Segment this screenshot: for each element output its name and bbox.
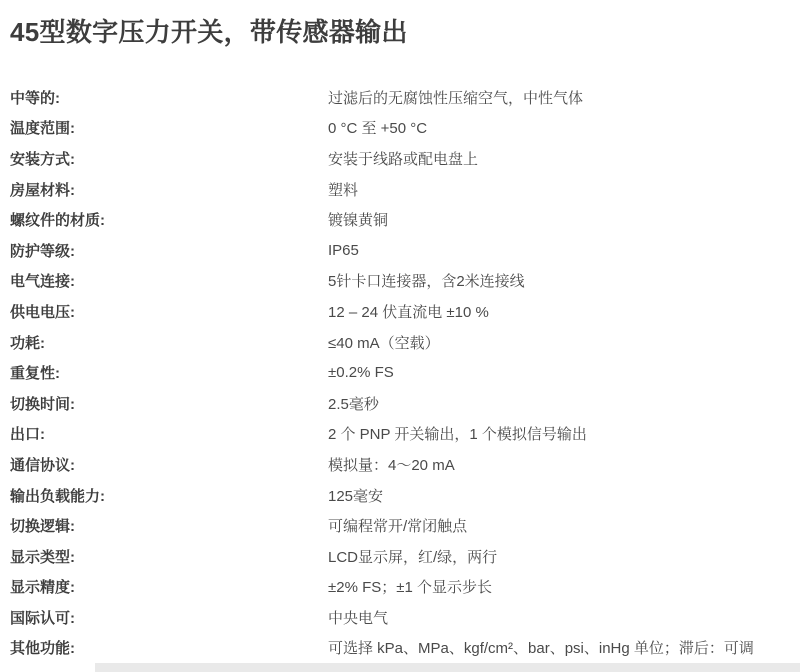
spec-label: 通信协议: bbox=[0, 454, 328, 475]
spec-value: 0 °C 至 +50 °C bbox=[328, 117, 427, 138]
spec-row-repeatability: 重复性: ±0.2% FS bbox=[0, 357, 800, 388]
spec-row-power-consumption: 功耗: ≤40 mA（空载） bbox=[0, 327, 800, 358]
spec-value: 2.5毫秒 bbox=[328, 393, 379, 414]
bottom-partial-band bbox=[95, 663, 800, 672]
spec-label: 其他功能: bbox=[0, 637, 328, 658]
spec-value: ≤40 mA（空载） bbox=[328, 332, 440, 353]
spec-label: 螺纹件的材质: bbox=[0, 209, 328, 230]
spec-value: ±2% FS；±1 个显示步长 bbox=[328, 576, 492, 597]
spec-label: 电气连接: bbox=[0, 270, 328, 291]
spec-value: 镀镍黄铜 bbox=[328, 209, 388, 230]
spec-row-output-load-capacity: 输出负载能力: 125毫安 bbox=[0, 480, 800, 511]
spec-value: 模拟量：4～20 mA bbox=[328, 454, 455, 475]
spec-row-temperature-range: 温度范围: 0 °C 至 +50 °C bbox=[0, 113, 800, 144]
spec-label: 温度范围: bbox=[0, 117, 328, 138]
spec-value: 5针卡口连接器，含2米连接线 bbox=[328, 270, 525, 291]
spec-label: 输出负载能力: bbox=[0, 485, 328, 506]
spec-row-switching-logic: 切换逻辑: 可编程常开/常闭触点 bbox=[0, 510, 800, 541]
spec-row-international-approvals: 国际认可: 中央电气 bbox=[0, 602, 800, 633]
spec-label: 显示类型: bbox=[0, 546, 328, 567]
spec-label: 中等的: bbox=[0, 87, 328, 108]
spec-table: 中等的: 过滤后的无腐蚀性压缩空气，中性气体 温度范围: 0 °C 至 +50 … bbox=[0, 82, 800, 663]
spec-row-protection-class: 防护等级: IP65 bbox=[0, 235, 800, 266]
spec-row-supply-voltage: 供电电压: 12 – 24 伏直流电 ±10 % bbox=[0, 296, 800, 327]
spec-row-outputs: 出口: 2 个 PNP 开关输出，1 个模拟信号输出 bbox=[0, 419, 800, 450]
spec-row-mounting: 安装方式: 安装于线路或配电盘上 bbox=[0, 143, 800, 174]
spec-value: IP65 bbox=[328, 242, 359, 259]
spec-label: 安装方式: bbox=[0, 148, 328, 169]
spec-value: 12 – 24 伏直流电 ±10 % bbox=[328, 301, 489, 322]
spec-value: 过滤后的无腐蚀性压缩空气，中性气体 bbox=[328, 87, 583, 108]
spec-value: 2 个 PNP 开关输出，1 个模拟信号输出 bbox=[328, 423, 587, 444]
spec-label: 防护等级: bbox=[0, 240, 328, 261]
spec-label: 切换时间: bbox=[0, 393, 328, 414]
spec-label: 显示精度: bbox=[0, 576, 328, 597]
spec-label: 国际认可: bbox=[0, 607, 328, 628]
spec-row-switching-time: 切换时间: 2.5毫秒 bbox=[0, 388, 800, 419]
spec-value: 塑料 bbox=[328, 179, 358, 200]
spec-row-electrical-connection: 电气连接: 5针卡口连接器，含2米连接线 bbox=[0, 266, 800, 297]
spec-label: 切换逻辑: bbox=[0, 515, 328, 536]
spec-label: 重复性: bbox=[0, 362, 328, 383]
spec-value: 可选择 kPa、MPa、kgf/cm²、bar、psi、inHg 单位；滞后：可… bbox=[328, 637, 754, 658]
spec-row-display-type: 显示类型: LCD显示屏，红/绿，两行 bbox=[0, 541, 800, 572]
spec-row-medium: 中等的: 过滤后的无腐蚀性压缩空气，中性气体 bbox=[0, 82, 800, 113]
spec-row-display-accuracy: 显示精度: ±2% FS；±1 个显示步长 bbox=[0, 572, 800, 603]
spec-label: 房屋材料: bbox=[0, 179, 328, 200]
page-title: 45型数字压力开关，带传感器输出 bbox=[0, 0, 800, 49]
spec-value: LCD显示屏，红/绿，两行 bbox=[328, 546, 497, 567]
spec-label: 供电电压: bbox=[0, 301, 328, 322]
spec-row-communication-protocol: 通信协议: 模拟量：4～20 mA bbox=[0, 449, 800, 480]
spec-label: 功耗: bbox=[0, 332, 328, 353]
spec-row-housing-material: 房屋材料: 塑料 bbox=[0, 174, 800, 205]
spec-value: 125毫安 bbox=[328, 485, 383, 506]
spec-value: 安装于线路或配电盘上 bbox=[328, 148, 478, 169]
spec-row-thread-material: 螺纹件的材质: 镀镍黄铜 bbox=[0, 204, 800, 235]
spec-value: 中央电气 bbox=[328, 607, 388, 628]
spec-label: 出口: bbox=[0, 423, 328, 444]
spec-value: 可编程常开/常闭触点 bbox=[328, 515, 467, 536]
spec-row-other-functions: 其他功能: 可选择 kPa、MPa、kgf/cm²、bar、psi、inHg 单… bbox=[0, 633, 800, 664]
spec-value: ±0.2% FS bbox=[328, 364, 394, 381]
